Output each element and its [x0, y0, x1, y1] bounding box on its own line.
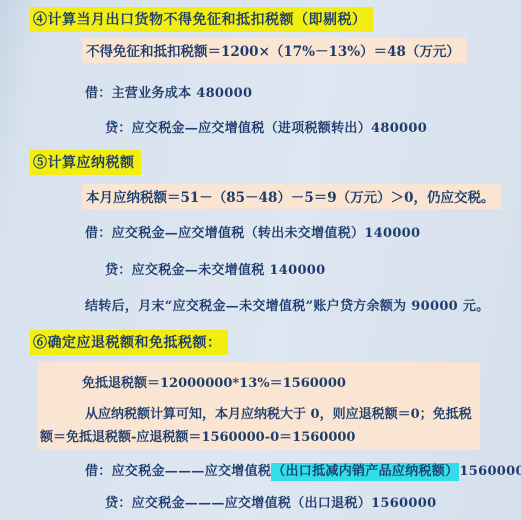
section4-header: ④计算当月出口货物不得免征和抵扣税额（即剔税） — [30, 7, 373, 32]
section6-debit-amount: 1560000 — [459, 464, 521, 479]
section5-formula: 本月应纳税额＝51－（85－48）－5＝9（万元）＞0，仍应交税。 — [82, 184, 502, 209]
section6-formula1: 免抵退税额＝12000000*13%＝1560000 — [82, 372, 480, 391]
section5-carryforward-note: 结转后，月末“应交税金—未交增值税”账户贷方余额为 90000 元。 — [85, 295, 489, 314]
section6-calculation-box: 免抵退税额＝12000000*13%＝1560000 从应纳税额计算可知，本月应… — [38, 362, 480, 450]
section6-debit-highlight: （出口抵减内销产品应纳税额） — [271, 463, 459, 481]
section4-formula: 不得免征和抵扣税额＝1200×（17%－13%）＝48（万元） — [82, 38, 467, 63]
section5-header: ⑤计算应纳税额 — [30, 150, 141, 175]
section6-debit-entry: 借：应交税金———应交增值税（出口抵减内销产品应纳税额）1560000 — [85, 460, 521, 479]
section4-credit-entry: 贷：应交税金—应交增值税（进项税额转出）480000 — [105, 117, 427, 136]
document-page: ④计算当月出口货物不得免征和抵扣税额（即剔税） 不得免征和抵扣税额＝1200×（… — [0, 0, 521, 520]
section6-formula2: 从应纳税额计算可知，本月应纳税大于 0，则应退税额＝0；免抵税额＝免抵退税额-应… — [40, 403, 478, 449]
section6-debit-prefix: 借：应交税金———应交增值税 — [85, 464, 271, 479]
section6-header: ⑥确定应退税额和免抵税额： — [30, 330, 228, 355]
section6-credit-entry: 贷：应交税金———应交增值税（出口退税）1560000 — [105, 492, 436, 511]
section5-credit-entry: 贷：应交税金—未交增值税 140000 — [105, 259, 326, 278]
section5-debit-entry: 借：应交税金—应交增值税（转出未交增值税）140000 — [85, 222, 420, 241]
section4-debit-entry: 借：主营业务成本 480000 — [85, 82, 252, 101]
